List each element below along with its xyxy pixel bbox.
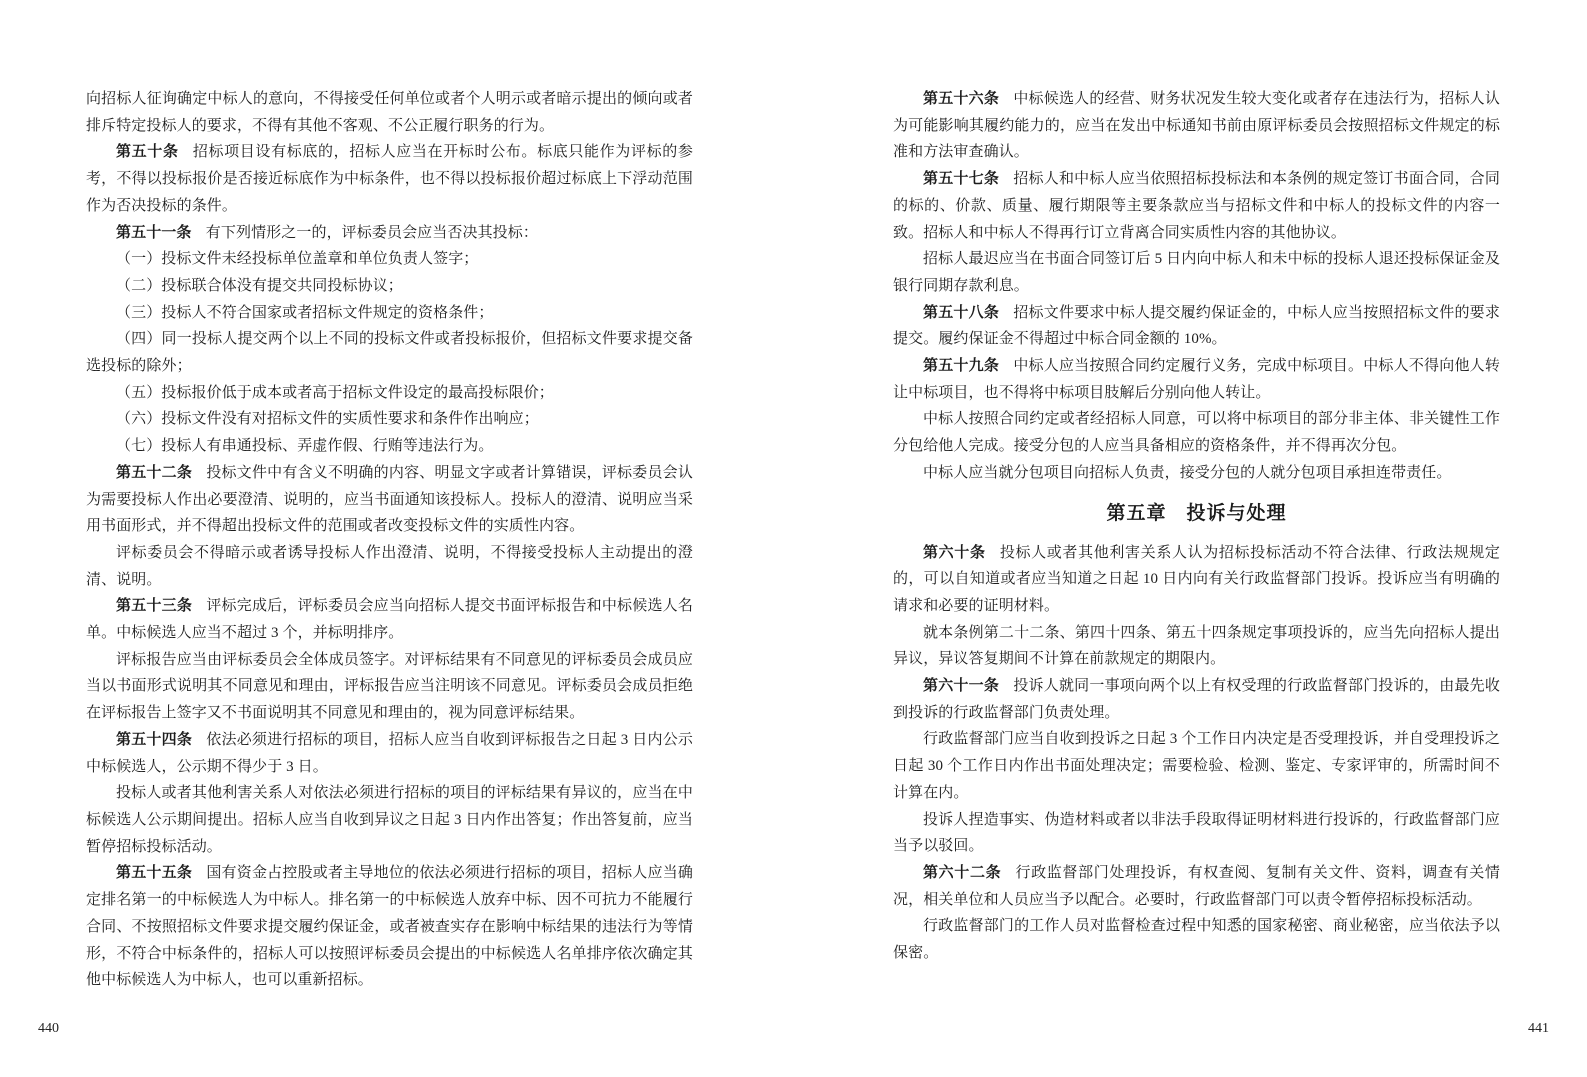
page-left-content: 向招标人征询确定中标人的意向，不得接受任何单位或者个人明示或者暗示提出的倾向或者… [86, 86, 693, 994]
paragraph-text: （一）投标文件未经投标单位盖章和单位负责人签字； [116, 251, 478, 267]
paragraph-text: 行政监督部门应当自收到投诉之日起 3 个工作日内决定是否受理投诉，并自受理投诉之… [893, 731, 1500, 800]
book-spread: 向招标人征询确定中标人的意向，不得接受任何单位或者个人明示或者暗示提出的倾向或者… [0, 0, 1587, 1077]
paragraph-text: 就本条例第二十二条、第四十四条、第五十四条规定事项投诉的，应当先向招标人提出异议… [893, 625, 1500, 668]
paragraph-text: 有下列情形之一的，评标委员会应当否决其投标： [206, 225, 538, 241]
article-number: 第五十九条 [923, 358, 999, 374]
article-paragraph: 第五十六条中标候选人的经营、财务状况发生较大变化或者存在违法行为，招标人认为可能… [893, 86, 1500, 166]
paragraph-text: 国有资金占控股或者主导地位的依法必须进行招标的项目，招标人应当确定排名第一的中标… [86, 865, 693, 988]
paragraph: （四）同一投标人提交两个以上不同的投标文件或者投标报价，但招标文件要求提交备选投… [86, 326, 693, 379]
paragraph-text: 行政监督部门的工作人员对监督检查过程中知悉的国家秘密、商业秘密，应当依法予以保密… [893, 918, 1500, 961]
article-paragraph: 第五十五条国有资金占控股或者主导地位的依法必须进行招标的项目，招标人应当确定排名… [86, 860, 693, 994]
paragraph-text: 招标人最迟应当在书面合同签订后 5 日内向中标人和未中标的投标人退还投标保证金及… [893, 251, 1500, 294]
paragraph: 行政监督部门应当自收到投诉之日起 3 个工作日内决定是否受理投诉，并自受理投诉之… [893, 726, 1500, 806]
paragraph-text: 中标人按照合同约定或者经招标人同意，可以将中标项目的部分非主体、非关键性工作分包… [893, 411, 1500, 454]
article-paragraph: 第五十九条中标人应当按照合同约定履行义务，完成中标项目。中标人不得向他人转让中标… [893, 353, 1500, 406]
paragraph-text: 向招标人征询确定中标人的意向，不得接受任何单位或者个人明示或者暗示提出的倾向或者… [86, 91, 693, 134]
article-number: 第五十条 [116, 144, 179, 160]
paragraph: 向招标人征询确定中标人的意向，不得接受任何单位或者个人明示或者暗示提出的倾向或者… [86, 86, 693, 139]
article-number: 第五十八条 [923, 305, 999, 321]
paragraph-text: 评标委员会不得暗示或者诱导投标人作出澄清、说明，不得接受投标人主动提出的澄清、说… [86, 545, 693, 588]
paragraph-text: （六）投标文件没有对招标文件的实质性要求和条件作出响应； [116, 411, 539, 427]
paragraph-text: 中标人应当就分包项目向招标人负责，接受分包的人就分包项目承担连带责任。 [923, 465, 1452, 481]
paragraph-text: 投诉人捏造事实、伪造材料或者以非法手段取得证明材料进行投诉的，行政监督部门应当予… [893, 812, 1500, 855]
article-number: 第五十一条 [116, 225, 192, 241]
paragraph-text: （七）投标人有串通投标、弄虚作假、行贿等违法行为。 [116, 438, 494, 454]
paragraph: 就本条例第二十二条、第四十四条、第五十四条规定事项投诉的，应当先向招标人提出异议… [893, 620, 1500, 673]
paragraph: （一）投标文件未经投标单位盖章和单位负责人签字； [86, 246, 693, 273]
paragraph-text: 投标人或者其他利害关系人对依法必须进行招标的项目的评标结果有异议的，应当在中标候… [86, 785, 693, 854]
article-paragraph: 第五十条招标项目设有标底的，招标人应当在开标时公布。标底只能作为评标的参考，不得… [86, 139, 693, 219]
paragraph-text: （四）同一投标人提交两个以上不同的投标文件或者投标报价，但招标文件要求提交备选投… [86, 331, 693, 374]
article-paragraph: 第五十二条投标文件中有含义不明确的内容、明显文字或者计算错误，评标委员会认为需要… [86, 460, 693, 540]
paragraph: 投标人或者其他利害关系人对依法必须进行招标的项目的评标结果有异议的，应当在中标候… [86, 780, 693, 860]
article-paragraph: 第五十八条招标文件要求中标人提交履约保证金的，中标人应当按照招标文件的要求提交。… [893, 300, 1500, 353]
paragraph: （五）投标报价低于成本或者高于招标文件设定的最高投标限价； [86, 380, 693, 407]
paragraph: （七）投标人有串通投标、弄虚作假、行贿等违法行为。 [86, 433, 693, 460]
article-paragraph: 第六十条投标人或者其他利害关系人认为招标投标活动不符合法律、行政法规规定的，可以… [893, 540, 1500, 620]
paragraph: 招标人最迟应当在书面合同签订后 5 日内向中标人和未中标的投标人退还投标保证金及… [893, 246, 1500, 299]
article-number: 第五十二条 [116, 465, 192, 481]
article-paragraph: 第五十七条招标人和中标人应当依照招标投标法和本条例的规定签订书面合同，合同的标的… [893, 166, 1500, 246]
article-paragraph: 第五十四条依法必须进行招标的项目，招标人应当自收到评标报告之日起 3 日内公示中… [86, 727, 693, 780]
article-number: 第五十五条 [116, 865, 192, 881]
paragraph-text: 评标报告应当由评标委员会全体成员签字。对评标结果有不同意见的评标委员会成员应当以… [86, 652, 693, 721]
page-number-left: 440 [38, 1021, 59, 1037]
paragraph: （六）投标文件没有对招标文件的实质性要求和条件作出响应； [86, 406, 693, 433]
paragraph-text: （五）投标报价低于成本或者高于招标文件设定的最高投标限价； [116, 385, 554, 401]
paragraph: （三）投标人不符合国家或者招标文件规定的资格条件； [86, 300, 693, 327]
paragraph: 投诉人捏造事实、伪造材料或者以非法手段取得证明材料进行投诉的，行政监督部门应当予… [893, 807, 1500, 860]
article-number: 第五十四条 [116, 732, 192, 748]
article-number: 第六十条 [923, 545, 986, 561]
paragraph: 行政监督部门的工作人员对监督检查过程中知悉的国家秘密、商业秘密，应当依法予以保密… [893, 913, 1500, 966]
paragraph: 评标报告应当由评标委员会全体成员签字。对评标结果有不同意见的评标委员会成员应当以… [86, 647, 693, 727]
page-number-right: 441 [1528, 1021, 1549, 1037]
chapter-heading: 第五章 投诉与处理 [893, 500, 1500, 527]
article-number: 第六十二条 [923, 865, 1001, 881]
article-number: 第五十六条 [923, 91, 999, 107]
article-number: 第五十三条 [116, 598, 192, 614]
article-paragraph: 第五十一条有下列情形之一的，评标委员会应当否决其投标： [86, 220, 693, 247]
article-number: 第六十一条 [923, 678, 999, 694]
article-paragraph: 第六十一条投诉人就同一事项向两个以上有权受理的行政监督部门投诉的，由最先收到投诉… [893, 673, 1500, 726]
paragraph: 评标委员会不得暗示或者诱导投标人作出澄清、说明，不得接受投标人主动提出的澄清、说… [86, 540, 693, 593]
paragraph: （二）投标联合体没有提交共同投标协议； [86, 273, 693, 300]
paragraph: 中标人按照合同约定或者经招标人同意，可以将中标项目的部分非主体、非关键性工作分包… [893, 406, 1500, 459]
page-right-content: 第五十六条中标候选人的经营、财务状况发生较大变化或者存在违法行为，招标人认为可能… [893, 86, 1500, 967]
article-paragraph: 第六十二条行政监督部门处理投诉，有权查阅、复制有关文件、资料，调查有关情况，相关… [893, 860, 1500, 913]
paragraph-text: （二）投标联合体没有提交共同投标协议； [116, 278, 403, 294]
article-number: 第五十七条 [923, 171, 999, 187]
paragraph-text: （三）投标人不符合国家或者招标文件规定的资格条件； [116, 305, 494, 321]
paragraph: 中标人应当就分包项目向招标人负责，接受分包的人就分包项目承担连带责任。 [893, 460, 1500, 487]
article-paragraph: 第五十三条评标完成后，评标委员会应当向招标人提交书面评标报告和中标候选人名单。中… [86, 593, 693, 646]
